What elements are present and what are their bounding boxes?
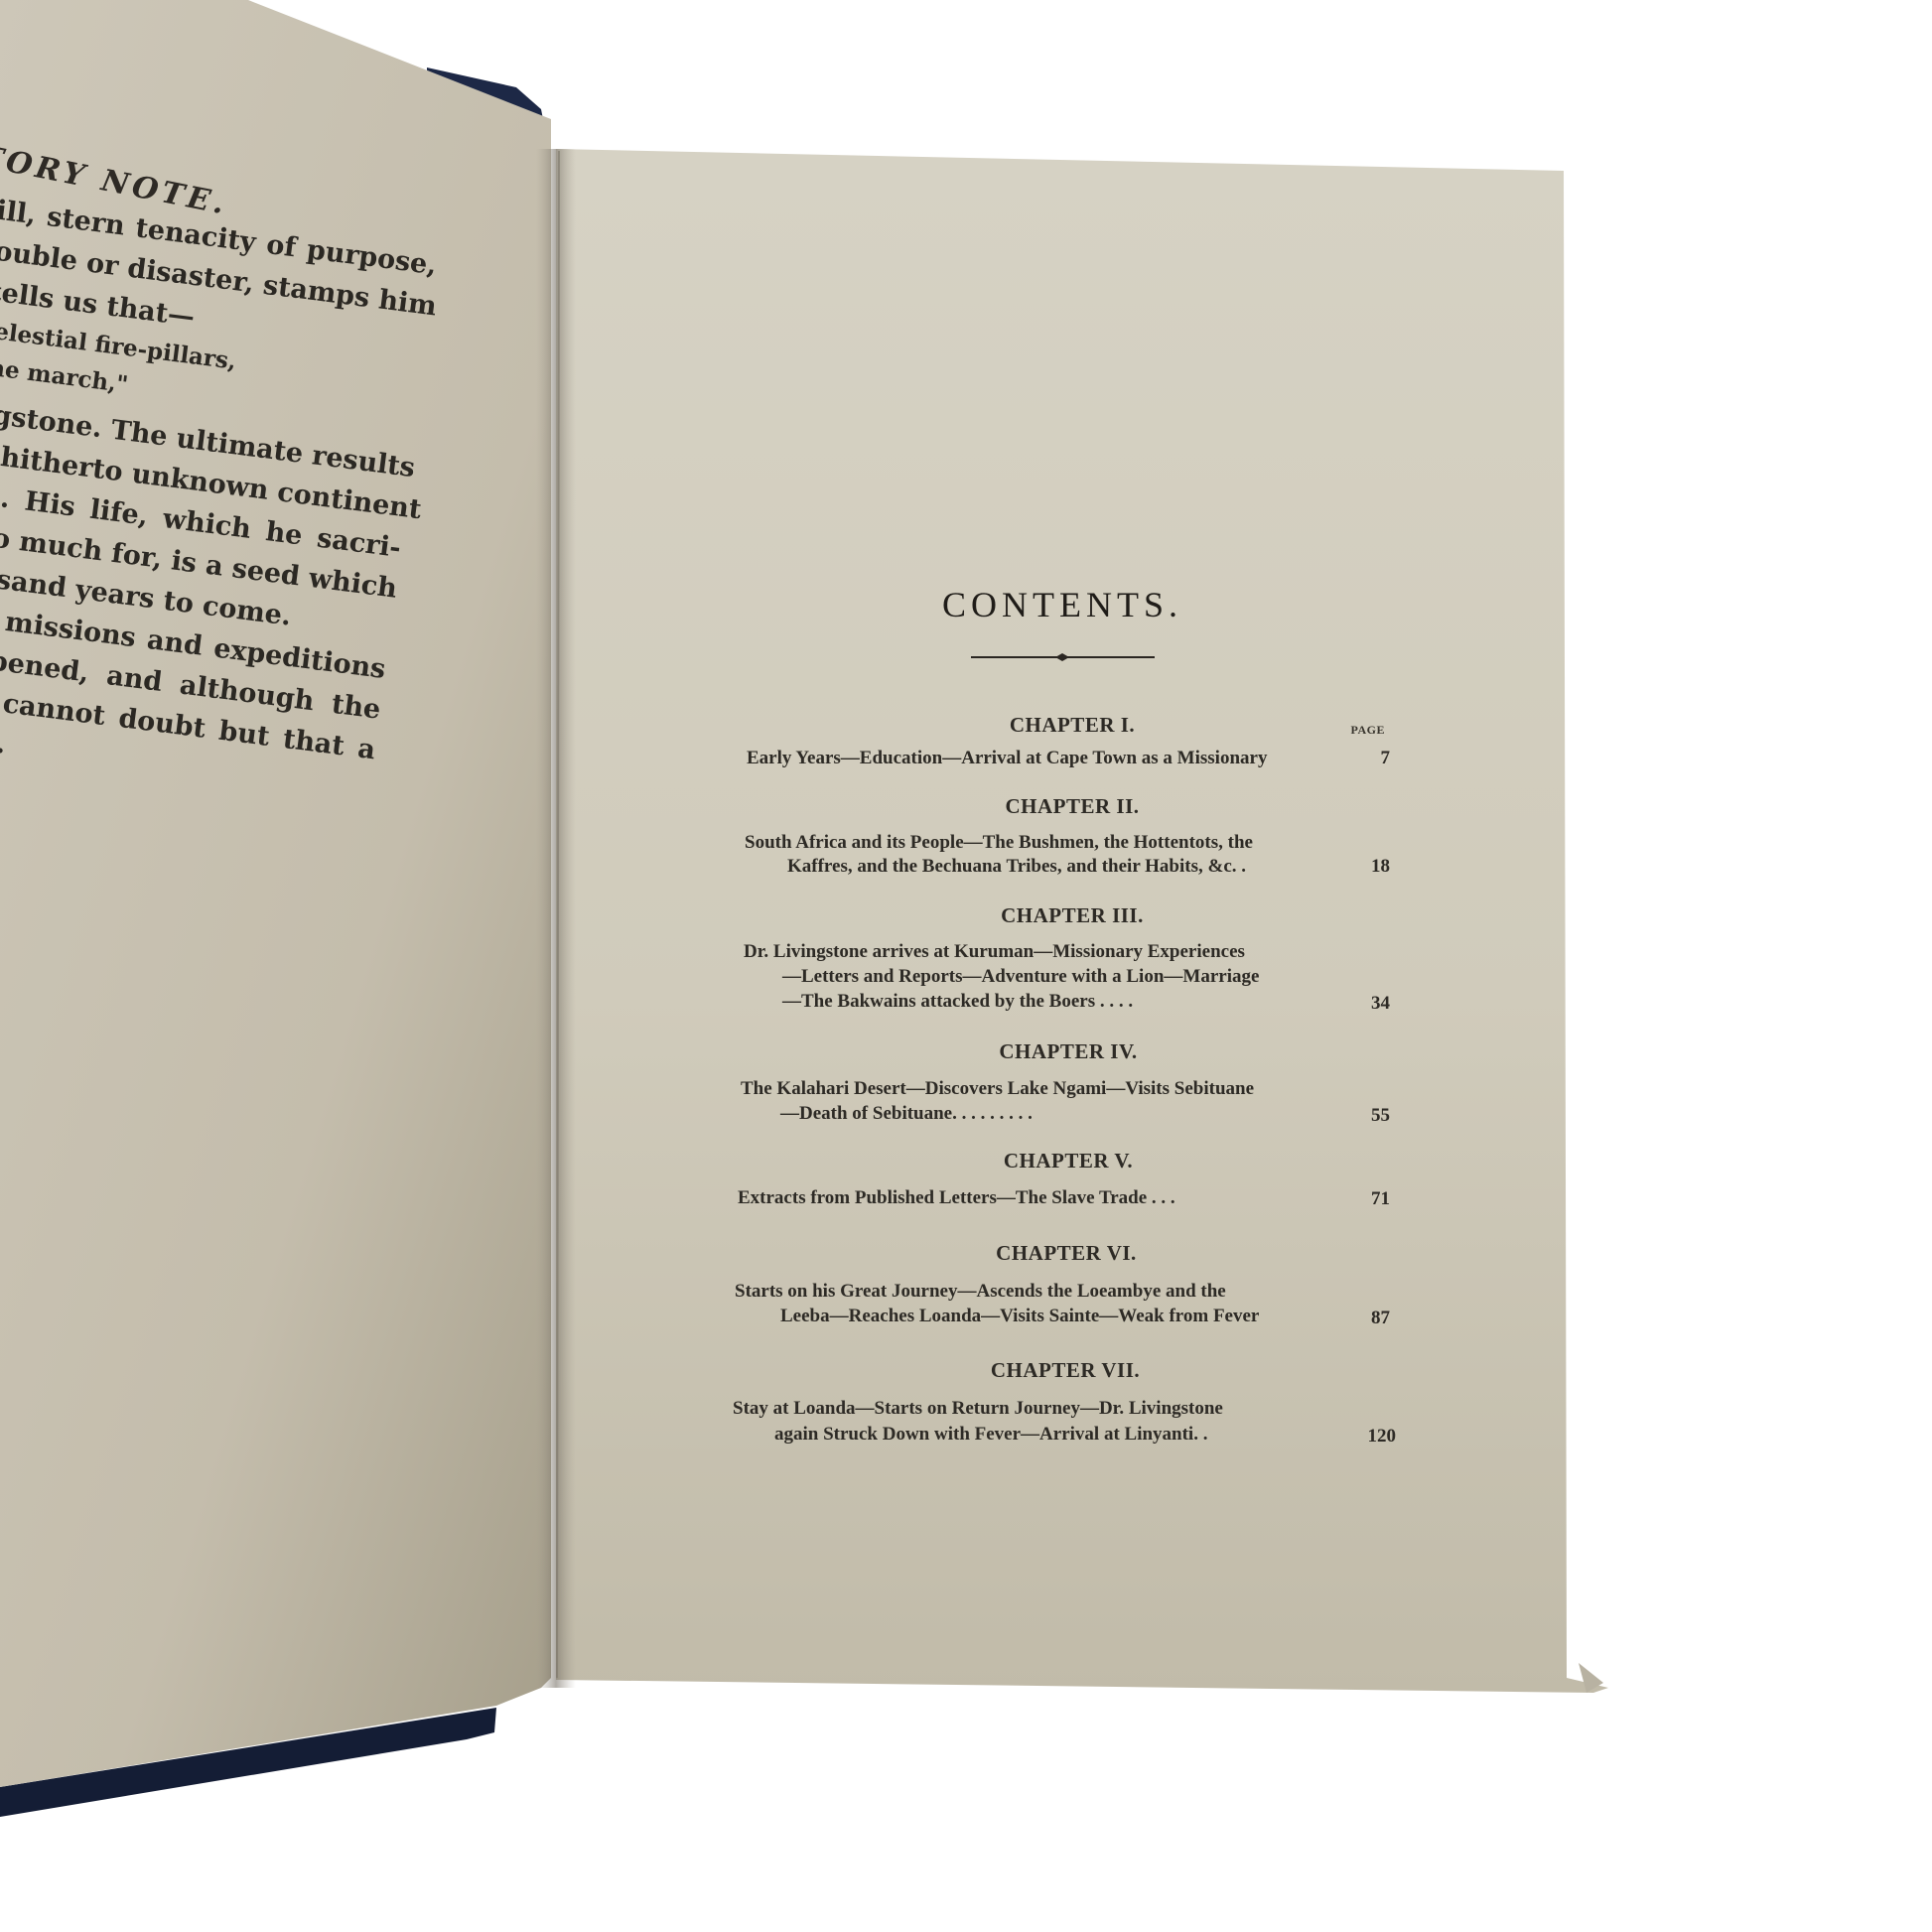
chapter-heading: CHAPTER VI. (868, 1241, 1265, 1266)
chapter-page-number[interactable]: 87 (1330, 1308, 1390, 1329)
book-photo: TORY NOTE. will, stern tenacity of purpo… (0, 0, 1932, 1932)
chapter-summary-line: again Struck Down with Fever—Arrival at … (774, 1424, 1207, 1446)
page-column-label: PAGE (1335, 723, 1385, 738)
chapter-summary-line: Leeba—Reaches Loanda—Visits Sainte—Weak … (780, 1306, 1259, 1327)
chapter-page-number[interactable]: 120 (1336, 1426, 1396, 1448)
chapter-page-number[interactable]: 7 (1330, 748, 1390, 769)
chapter-heading: CHAPTER III. (874, 903, 1271, 928)
chapter-summary-line: The Kalahari Desert—Discovers Lake Ngami… (741, 1078, 1254, 1100)
chapter-page-number[interactable]: 18 (1330, 856, 1390, 878)
chapter-summary-line: —The Bakwains attacked by the Boers . . … (782, 991, 1133, 1013)
chapter-summary-line: Starts on his Great Journey—Ascends the … (735, 1281, 1226, 1303)
chapter-heading: CHAPTER I. (874, 713, 1271, 738)
contents-title: CONTENTS. (938, 584, 1186, 625)
chapter-summary-line: —Letters and Reports—Adventure with a Li… (782, 966, 1259, 988)
chapter-summary-line: Kaffres, and the Bechuana Tribes, and th… (787, 856, 1246, 878)
chapter-page-number[interactable]: 71 (1330, 1188, 1390, 1210)
chapter-summary-line: Stay at Loanda—Starts on Return Journey—… (733, 1398, 1223, 1420)
chapter-summary-line: South Africa and its People—The Bushmen,… (745, 832, 1253, 854)
chapter-page-number[interactable]: 55 (1330, 1105, 1390, 1127)
chapter-heading: CHAPTER VII. (867, 1358, 1264, 1383)
contents-page: CONTENTS. PAGE CHAPTER I. Early Years—Ed… (0, 0, 1932, 1932)
chapter-heading: CHAPTER IV. (870, 1039, 1267, 1064)
chapter-summary-line: Dr. Livingstone arrives at Kuruman—Missi… (744, 941, 1245, 963)
chapter-summary-line: Extracts from Published Letters—The Slav… (738, 1187, 1175, 1209)
divider-ornament-icon (971, 650, 1155, 664)
chapter-heading: CHAPTER V. (870, 1149, 1267, 1173)
chapter-heading: CHAPTER II. (874, 794, 1271, 819)
chapter-summary-line: Early Years—Education—Arrival at Cape To… (747, 748, 1267, 769)
chapter-page-number[interactable]: 34 (1330, 993, 1390, 1015)
chapter-summary-line: —Death of Sebituane. . . . . . . . . (780, 1103, 1033, 1125)
